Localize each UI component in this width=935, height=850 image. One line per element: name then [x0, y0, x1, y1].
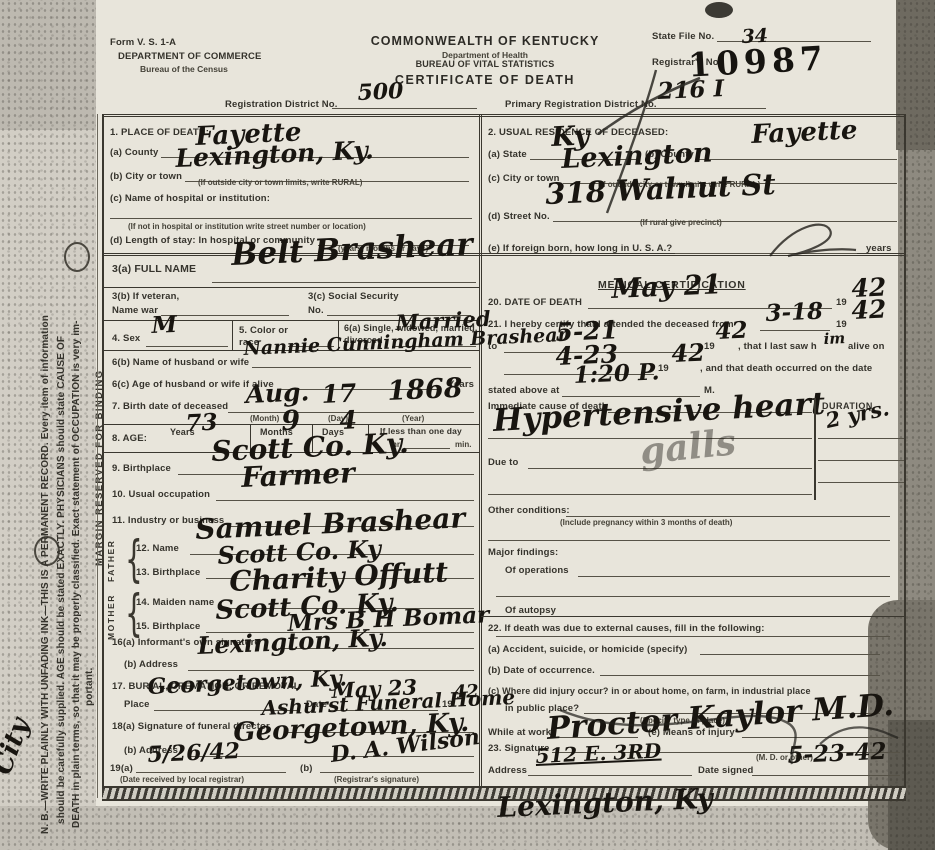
attended-from-value: 3-18 [765, 300, 824, 325]
registrar-date-value: 5/26/42 [147, 740, 240, 766]
race-label-1: 5. Color or [239, 326, 288, 336]
duration-line-3 [818, 480, 904, 483]
residence-county-line [697, 157, 897, 160]
operations-blank-line [496, 594, 890, 597]
row-rule-3a [102, 287, 479, 288]
lastsaw-gender-hw: im [823, 331, 845, 347]
father-birthplace-label: 13. Birthplace [136, 568, 200, 578]
scan-bottom-strip [0, 806, 935, 850]
physician-address-line [528, 773, 692, 776]
external-causes-heading: 22. If death was due to external causes,… [488, 624, 765, 634]
accident-label: (a) Accident, suicide, or homicide (spec… [488, 645, 687, 655]
major-findings-label: Major findings: [488, 548, 558, 558]
registrar-date-line [136, 770, 286, 773]
form-left-border [102, 114, 104, 798]
informant-address-value: Lexington, Ky. [197, 626, 388, 658]
to-year-value: 42 [715, 319, 748, 343]
street-no-value: 318 Walnut St [545, 170, 777, 209]
street-no-note: (If rural give precinct) [640, 218, 722, 227]
lastsaw-label-2: alive on [848, 342, 885, 352]
state-file-no-label: State File No. [652, 32, 714, 42]
sex-value: M [151, 313, 177, 337]
age-min-label: min. [455, 440, 471, 449]
registrar-signature-line [320, 770, 474, 773]
city-town-note: (If outside city or town limits, write R… [198, 178, 362, 187]
time-of-death-value: 1:20 P. [573, 360, 660, 387]
lastseen-year-prefix: 19 [658, 364, 669, 374]
registrar-item-label: 19(a) [110, 764, 133, 774]
other-conditions-label: Other conditions: [488, 506, 570, 516]
death-certificate-scan: N. B.—WRITE PLAINLY WITH UNFADING INK—TH… [0, 0, 935, 850]
foreign-born-label: (e) If foreign born, how long in U. S. A… [488, 244, 672, 254]
ssn-label: 3(c) Social Security [308, 292, 399, 302]
margin-nb-line2: should be carefully supplied. AGE should… [56, 336, 67, 824]
registrar-signature-note: (Registrar's signature) [334, 775, 419, 784]
duration-line-2 [818, 458, 904, 461]
birth-year-note: (Year) [402, 414, 424, 423]
primary-district-line [646, 106, 766, 109]
lastsaw-label-1: , that I last saw h [738, 342, 817, 352]
accident-line [700, 652, 880, 655]
to-label: to [488, 342, 497, 352]
stamp-annotation: 34 [741, 27, 768, 47]
primary-district-label: Primary Registration District No. [505, 100, 657, 110]
occupation-value: Farmer [241, 459, 356, 492]
city-town-label: (b) City or town [110, 172, 182, 182]
scan-right-band-top [896, 0, 935, 150]
birth-year-value: 1868 [387, 375, 463, 405]
full-name-value: Belt Brashear [231, 229, 474, 271]
date-signed-label: Date signed [698, 766, 754, 776]
margin-nb-line1: N. B.—WRITE PLAINLY WITH UNFADING INK—TH… [40, 315, 51, 834]
residence-state-label: (a) State [488, 150, 527, 160]
margin-nb-line3: DEATH in plain terms, so that it may be … [71, 320, 82, 828]
age-label: 8. AGE: [112, 434, 147, 444]
registrar-b-label: (b) [300, 764, 313, 774]
department-of-commerce: DEPARTMENT OF COMMERCE [118, 52, 262, 62]
hospital-label: (c) Name of hospital or institution: [110, 194, 270, 204]
to-year-prefix: 19 [704, 342, 715, 352]
father-name-label: 12. Name [136, 544, 179, 554]
other-conditions-line [566, 514, 890, 517]
date-of-death-label: 20. DATE OF DEATH [488, 298, 582, 308]
cell-divider-4-5 [232, 320, 233, 350]
mother-side-label: MOTHER [107, 594, 116, 640]
occurrence-line [600, 673, 880, 676]
hospital-note: (If not in hospital or institution write… [128, 222, 366, 231]
occurrence-label: (b) Date of occurrence. [488, 666, 595, 676]
stated-above-label: stated above at [488, 386, 559, 396]
birth-month-value: Aug. [245, 379, 310, 407]
spouse-name-label: 6(b) Name of husband or wife [112, 358, 249, 368]
veteran-label: 3(b) If veteran, [112, 292, 179, 302]
bureau-vital-statistics: BUREAU OF VITAL STATISTICS [310, 60, 660, 70]
due-to-label: Due to [488, 458, 518, 468]
physician-address-label: Address [488, 766, 527, 776]
of-operations-label: Of operations [505, 566, 569, 576]
due-to-blank-line [488, 492, 812, 495]
external-causes-rule [481, 616, 904, 617]
mother-birthplace-label: 15. Birthplace [136, 622, 200, 632]
form-left-border-outer [97, 114, 98, 798]
street-no-label: (d) Street No. [488, 212, 550, 222]
from-year-value: 42 [851, 297, 887, 323]
registration-district-label: Registration District No. [225, 100, 338, 110]
date-of-death-value: May 21 [611, 271, 722, 303]
father-brace: { [125, 530, 142, 588]
margin-nb-line4: portant. [84, 668, 95, 706]
attended-from-line [760, 328, 830, 331]
burial-place-label: Place [124, 700, 150, 710]
punch-ring-upper [64, 242, 90, 272]
scan-corner-blot [888, 720, 935, 850]
registration-district-line [332, 106, 477, 109]
veteran-war-line [161, 313, 289, 316]
other-conditions-note: (Include pregnancy within 3 months of de… [560, 518, 732, 527]
residence-county-value: Fayette [751, 117, 858, 148]
full-name-line [212, 280, 476, 283]
county-label: (a) County [110, 148, 158, 158]
primary-district-value: 216 I [657, 77, 725, 103]
death-year-prefix: 19 [836, 298, 847, 308]
column-divider [479, 114, 482, 786]
foreign-born-suffix: years [866, 244, 892, 254]
birthplace-label: 9. Birthplace [112, 464, 171, 474]
date-signed-line [752, 773, 900, 776]
spouse-name-line [252, 365, 471, 368]
mother-name-label: 14. Maiden name [136, 598, 214, 608]
city-town-value: Lexington, Ky. [175, 137, 374, 171]
bureau-of-census: Bureau of the Census [140, 64, 228, 74]
birth-day-value: 17 [321, 381, 357, 407]
ssn-no-label: No. [308, 306, 324, 316]
full-name-label: 3(a) FULL NAME [112, 264, 196, 276]
due-to-value: galls [638, 424, 737, 470]
residence-city-value: Lexington [561, 139, 713, 173]
form-top-border [102, 114, 906, 117]
registration-district-value: 500 [357, 80, 404, 104]
foreign-born-line [675, 251, 857, 254]
commonwealth-title: COMMONWEALTH OF KENTUCKY [310, 34, 660, 48]
street-no-line [553, 219, 897, 222]
hospital-line [110, 216, 472, 219]
occurred-label: , and that death occurred on the date [700, 364, 872, 374]
scan-topleft-shadow [0, 0, 96, 130]
autopsy-blank-line [496, 634, 890, 637]
occupation-line [216, 498, 474, 501]
duration-line-1 [818, 436, 904, 439]
of-operations-line [578, 574, 890, 577]
scan-top-blot [705, 2, 733, 18]
physician-address-value: 512 E. 3RD [535, 741, 662, 766]
spouse-name-value: Nannie Cunningham Brashear [243, 326, 568, 359]
birth-month-note: (Month) [250, 414, 279, 423]
mother-brace: { [125, 584, 142, 642]
date-signed-value: 5-23-42 [787, 740, 887, 767]
occupation-label: 10. Usual occupation [112, 490, 210, 500]
of-autopsy-label: Of autopsy [505, 606, 556, 616]
registrar-date-note: (Date received by local registrar) [120, 775, 244, 784]
age-hr-line [406, 446, 450, 449]
sex-label: 4. Sex [112, 334, 140, 344]
form-number: Form V. S. 1-A [110, 38, 176, 48]
other-conditions-blank-line [488, 538, 890, 541]
sex-line [146, 344, 228, 347]
father-side-label: FATHER [107, 540, 116, 582]
age-years-value: 73 [185, 411, 218, 435]
informant-address-label: (b) Address [124, 660, 178, 670]
